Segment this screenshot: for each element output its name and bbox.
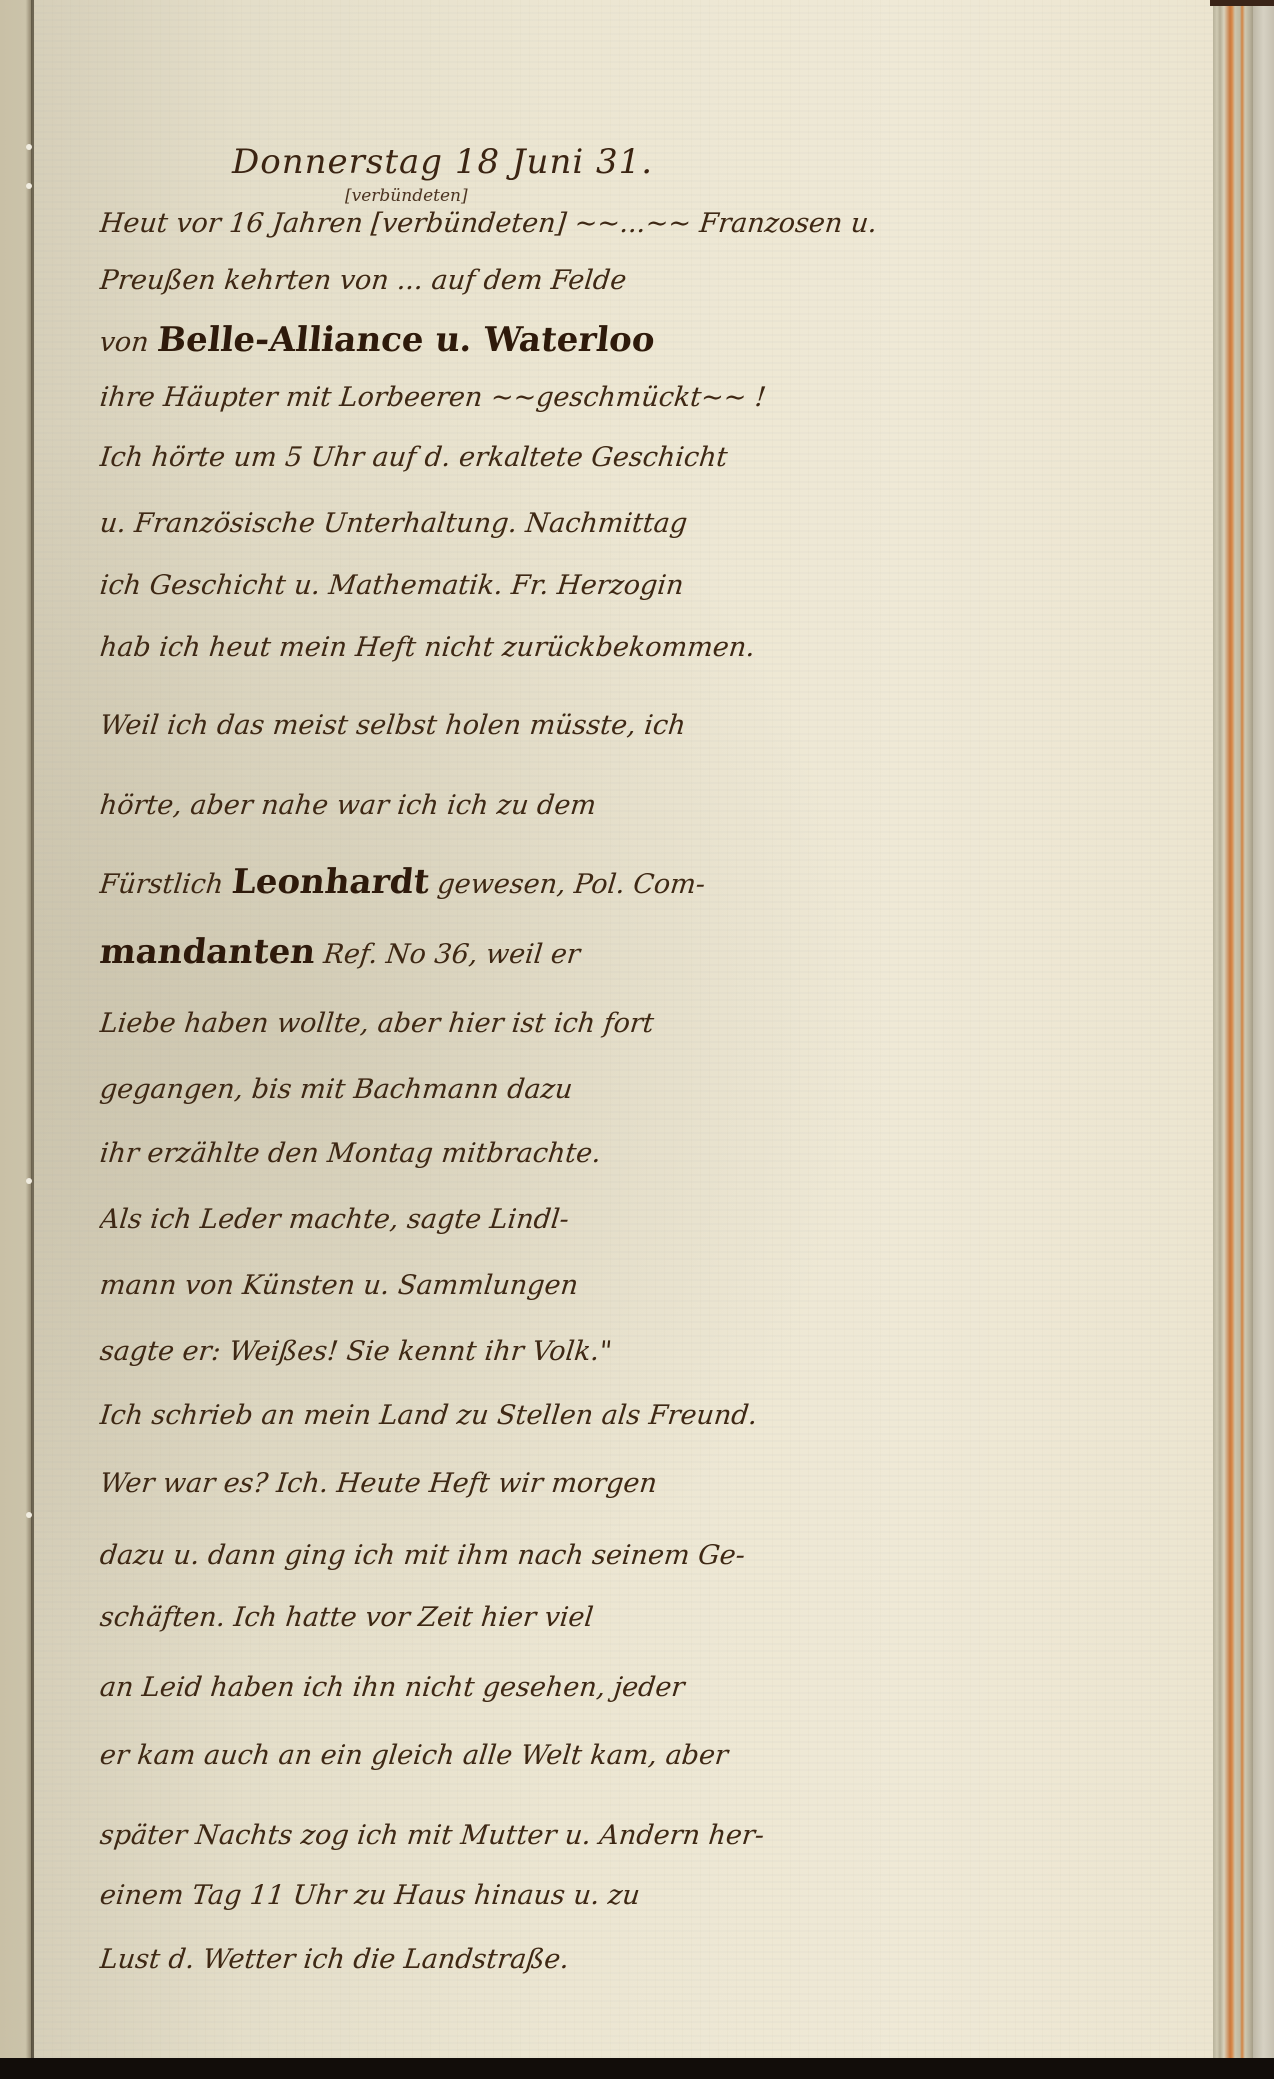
manuscript-line: mann von Künsten u. Sammlungen [98,1270,881,1301]
manuscript-line: Lust d. Wetter ich die Landstraße. [98,1944,881,1975]
manuscript-line: sagte er: Weißes! Sie kennt ihr Volk." [98,1336,881,1367]
manuscript-line: Ich schrieb an mein Land zu Stellen als … [98,1400,881,1431]
manuscript-line: Heut vor 16 Jahren [verbündeten] ~~...~~… [98,208,881,239]
line-text: gewesen, Pol. Com- [436,869,707,900]
emphasized-name: Leonhardt [230,862,431,902]
bottom-dark-band [0,2058,1274,2079]
manuscript-line: von Belle-Alliance u. Waterloo [98,320,882,360]
entry-heading: Donnerstag 18 Juni 31. [232,142,653,182]
manuscript-line: später Nachts zog ich mit Mutter u. Ande… [98,1820,881,1851]
manuscript-line: ihr erzählte den Montag mitbrachte. [98,1138,881,1169]
manuscript-line: mandanten Ref. No 36, weil er [98,932,882,972]
interlinear-insertion: [verbündeten] [345,186,468,206]
manuscript-line: Liebe haben wollte, aber hier ist ich fo… [98,1008,881,1039]
manuscript-line: einem Tag 11 Uhr zu Haus hinaus u. zu [98,1880,881,1911]
binding-stitch [26,1512,32,1518]
emphasized-place-name: Belle-Alliance u. Waterloo [155,320,656,360]
manuscript-line: gegangen, bis mit Bachmann dazu [98,1074,881,1105]
binding-stitch [26,1178,32,1184]
emphasized-word: mandanten [98,932,318,972]
manuscript-line: u. Französische Unterhaltung. Nachmittag [98,508,881,539]
manuscript-line: Als ich Leder machte, sagte Lindl- [98,1204,881,1235]
binding-stitch [26,183,32,189]
page-stack-edges [1213,0,1253,2058]
manuscript-line: Preußen kehrten von ... auf dem Felde [98,265,881,296]
manuscript-line: Weil ich das meist selbst holen müsste, … [98,710,881,741]
manuscript-line: schäften. Ich hatte vor Zeit hier viel [98,1602,881,1633]
line-text: von [98,327,150,358]
manuscript-line: dazu u. dann ging ich mit ihm nach seine… [98,1540,881,1571]
manuscript-line: an Leid haben ich ihn nicht gesehen, jed… [98,1672,881,1703]
manuscript-line: er kam auch an ein gleich alle Welt kam,… [98,1740,881,1771]
manuscript-line: ich Geschicht u. Mathematik. Fr. Herzogi… [98,570,881,601]
manuscript-line: ihre Häupter mit Lorbeeren ~~geschmückt~… [98,382,881,413]
manuscript-line: hab ich heut mein Heft nicht zurückbekom… [98,632,881,663]
line-text: Fürstlich [98,869,225,900]
binding-stitch [26,144,32,150]
manuscript-line: Wer war es? Ich. Heute Heft wir morgen [98,1468,881,1499]
line-text: Ref. No 36, weil er [322,939,582,970]
manuscript-line: hörte, aber nahe war ich ich zu dem [98,790,881,821]
top-cover-edge [1210,0,1274,6]
manuscript-line: Ich hörte um 5 Uhr auf d. erkaltete Gesc… [98,442,881,473]
previous-page-edge [0,0,32,2058]
right-backdrop [1253,0,1274,2058]
manuscript-line: Fürstlich Leonhardt gewesen, Pol. Com- [98,862,882,902]
